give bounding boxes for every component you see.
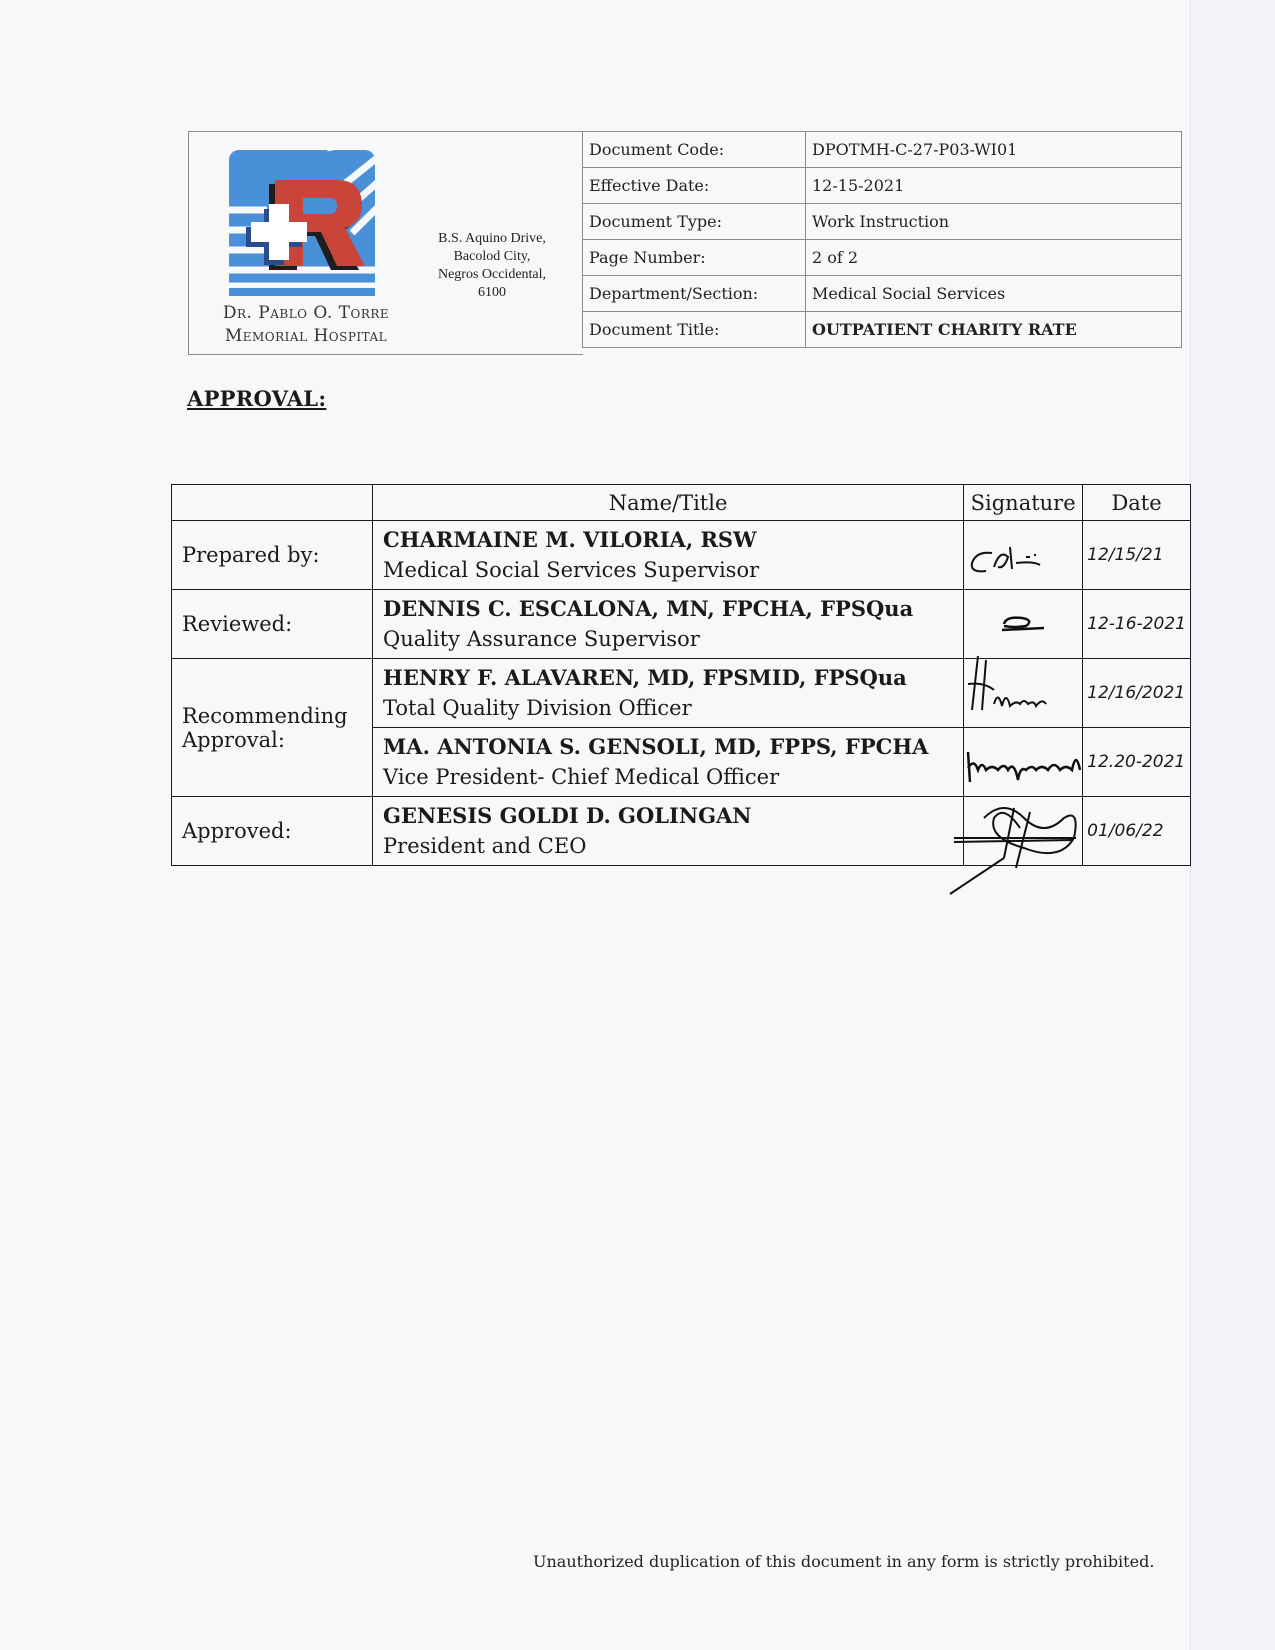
page-edge [1190, 0, 1275, 1650]
signatory-title: Vice President- Chief Medical Officer [383, 762, 953, 793]
approval-table: Name/Title Signature Date Prepared by: C… [171, 484, 1191, 866]
effective-date: 12-15-2021 [806, 168, 1182, 204]
name-title-cell: GENESIS GOLDI D. GOLINGAN President and … [373, 797, 964, 866]
signature-date: 01/06/22 [1083, 797, 1191, 866]
signature-cell [964, 590, 1083, 659]
signatory-title: Quality Assurance Supervisor [383, 624, 953, 655]
signatory-title: Total Quality Division Officer [383, 693, 953, 724]
document-type: Work Instruction [806, 204, 1182, 240]
signature-cell [964, 521, 1083, 590]
approval-heading: APPROVAL: [187, 386, 326, 411]
address-line: B.S. Aquino Drive, [417, 230, 567, 248]
column-header-signature: Signature [964, 485, 1083, 521]
column-header-name-title: Name/Title [373, 485, 964, 521]
signatory-name: CHARMAINE M. VILORIA, RSW [383, 524, 953, 555]
name-title-cell: MA. ANTONIA S. GENSOLI, MD, FPPS, FPCHA … [373, 728, 964, 797]
meta-row-page-number: Page Number: 2 of 2 [583, 240, 1182, 276]
meta-row-effective-date: Effective Date: 12-15-2021 [583, 168, 1182, 204]
meta-label: Department/Section: [583, 276, 806, 312]
duplication-notice: Unauthorized duplication of this documen… [533, 1552, 1154, 1571]
table-row-prepared: Prepared by: CHARMAINE M. VILORIA, RSW M… [172, 521, 1191, 590]
signatory-name: DENNIS C. ESCALONA, MN, FPCHA, FPSQua [383, 593, 953, 624]
hospital-logo-icon [227, 148, 377, 298]
name-title-cell: DENNIS C. ESCALONA, MN, FPCHA, FPSQua Qu… [373, 590, 964, 659]
name-title-cell: HENRY F. ALAVAREN, MD, FPSMID, FPSQua To… [373, 659, 964, 728]
name-title-cell: CHARMAINE M. VILORIA, RSW Medical Social… [373, 521, 964, 590]
meta-label: Page Number: [583, 240, 806, 276]
document-code: DPOTMH-C-27-P03-WI01 [806, 132, 1182, 168]
hospital-name-line2: Memorial Hospital [201, 325, 411, 348]
signatory-title: President and CEO [383, 831, 953, 862]
meta-row-department: Department/Section: Medical Social Servi… [583, 276, 1182, 312]
meta-label: Document Type: [583, 204, 806, 240]
signatory-name: HENRY F. ALAVAREN, MD, FPSMID, FPSQua [383, 662, 953, 693]
document-title: OUTPATIENT CHARITY RATE [806, 312, 1182, 348]
role-label: Prepared by: [172, 521, 373, 590]
signature-icon [964, 523, 1082, 587]
column-header-date: Date [1083, 485, 1191, 521]
signature-cell [964, 728, 1083, 797]
table-row-recommending-1: RecommendingApproval: HENRY F. ALAVAREN,… [172, 659, 1191, 728]
role-label: Approved: [172, 797, 373, 866]
signature-icon [964, 660, 1082, 726]
signature-cell [964, 797, 1083, 866]
address-line: Negros Occidental, [417, 266, 567, 284]
approval-table-header: Name/Title Signature Date [172, 485, 1191, 521]
column-header-role [172, 485, 373, 521]
signature-icon [964, 730, 1082, 794]
role-label: RecommendingApproval: [172, 659, 373, 797]
signature-date: 12/16/2021 [1083, 659, 1191, 728]
signature-date: 12-16-2021 [1083, 590, 1191, 659]
hospital-name-line1: Dr. Pablo O. Torre [201, 302, 411, 325]
signature-icon [964, 592, 1082, 656]
document-metadata-table: Document Code: DPOTMH-C-27-P03-WI01 Effe… [582, 131, 1182, 348]
signature-icon [964, 798, 1082, 864]
signature-cell [964, 659, 1083, 728]
signatory-name: GENESIS GOLDI D. GOLINGAN [383, 800, 953, 831]
signatory-name: MA. ANTONIA S. GENSOLI, MD, FPPS, FPCHA [383, 731, 953, 762]
role-label: Reviewed: [172, 590, 373, 659]
signature-date: 12/15/21 [1083, 521, 1191, 590]
meta-label: Document Title: [583, 312, 806, 348]
hospital-address: B.S. Aquino Drive, Bacolod City, Negros … [417, 230, 567, 302]
page-number: 2 of 2 [806, 240, 1182, 276]
meta-label: Document Code: [583, 132, 806, 168]
meta-row-document-type: Document Type: Work Instruction [583, 204, 1182, 240]
address-line: 6100 [417, 284, 567, 302]
meta-row-document-title: Document Title: OUTPATIENT CHARITY RATE [583, 312, 1182, 348]
department-section: Medical Social Services [806, 276, 1182, 312]
meta-label: Effective Date: [583, 168, 806, 204]
table-row-reviewed: Reviewed: DENNIS C. ESCALONA, MN, FPCHA,… [172, 590, 1191, 659]
table-row-approved: Approved: GENESIS GOLDI D. GOLINGAN Pres… [172, 797, 1191, 866]
signatory-title: Medical Social Services Supervisor [383, 555, 953, 586]
hospital-identity: Dr. Pablo O. Torre Memorial Hospital B.S… [188, 131, 583, 355]
hospital-name: Dr. Pablo O. Torre Memorial Hospital [201, 302, 411, 348]
signature-date: 12.20-2021 [1083, 728, 1191, 797]
document-header: Dr. Pablo O. Torre Memorial Hospital B.S… [188, 131, 1184, 357]
meta-row-document-code: Document Code: DPOTMH-C-27-P03-WI01 [583, 132, 1182, 168]
address-line: Bacolod City, [417, 248, 567, 266]
